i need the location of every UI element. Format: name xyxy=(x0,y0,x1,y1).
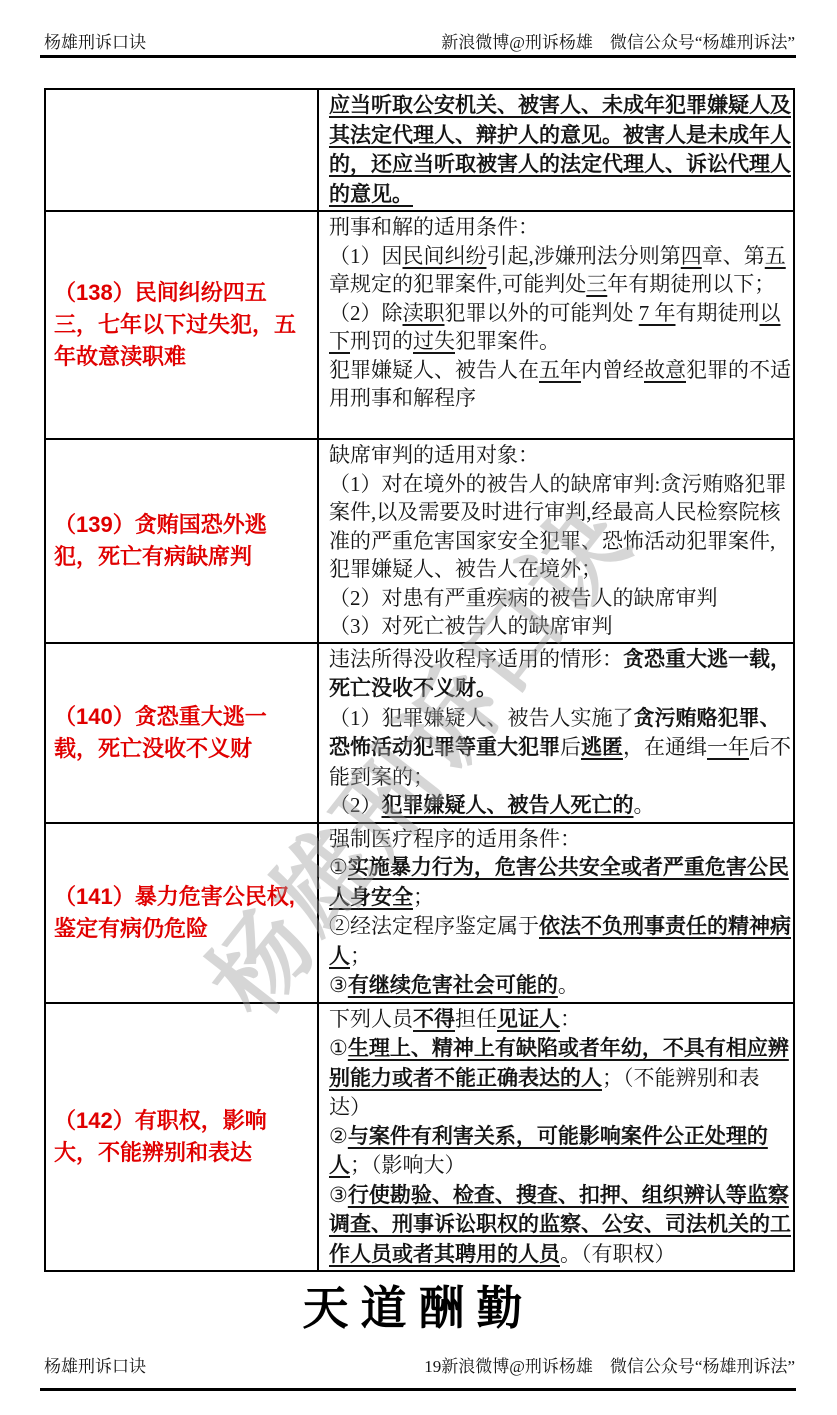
rule-detail-cell: 应当听取公安机关、被害人、未成年犯罪嫌疑人及其法定代理人、辩护人的意见。被害人是… xyxy=(318,89,794,211)
rule-detail-cell: 刑事和解的适用条件： （1）因民间纠纷引起,涉嫌刑法分则第四章、第五章规定的犯罪… xyxy=(318,211,794,439)
table-row: （142）有职权，影响大，不能辨别和表达 下列人员不得担任见证人： ①生理上、精… xyxy=(45,1003,794,1272)
page-number: 19 xyxy=(424,1357,441,1376)
mnemonic-label-cell: （138）民间纠纷四五三，七年以下过失犯，五年故意渎职难 xyxy=(45,211,318,439)
header-rule xyxy=(40,55,796,58)
table-row: （140）贪恐重大逃一载，死亡没收不义财 违法所得没收程序适用的情形：贪恐重大逃… xyxy=(45,643,794,823)
rule-detail-cell: 下列人员不得担任见证人： ①生理上、精神上有缺陷或者年幼，不具有相应辨别能力或者… xyxy=(318,1003,794,1272)
header-left-title: 杨雄刑诉口诀 xyxy=(44,28,146,53)
rule-detail-cell: 违法所得没收程序适用的情形：贪恐重大逃一载，死亡没收不义财。 （1）犯罪嫌疑人、… xyxy=(318,643,794,823)
mnemonic-label-cell: （142）有职权，影响大，不能辨别和表达 xyxy=(45,1003,318,1272)
footer-right-group: 19新浪微博@刑诉杨雄 微信公众号“杨雄刑诉法” xyxy=(424,1352,795,1377)
page-header: 杨雄刑诉口诀 新浪微博@刑诉杨雄 微信公众号“杨雄刑诉法” xyxy=(44,28,795,53)
header-right-info: 新浪微博@刑诉杨雄 微信公众号“杨雄刑诉法” xyxy=(441,28,795,53)
document-page: 杨雄刑诉口诀 新浪微博@刑诉杨雄 微信公众号“杨雄刑诉法” 杨雄刑诉口诀 应当听… xyxy=(0,0,837,1415)
footer-rule xyxy=(40,1388,796,1391)
rule-detail-cell: 强制医疗程序的适用条件： ①实施暴力行为，危害公共安全或者严重危害公民人身安全；… xyxy=(318,823,794,1003)
table-row: （141）暴力危害公民权,鉴定有病仍危险 强制医疗程序的适用条件： ①实施暴力行… xyxy=(45,823,794,1003)
table-row: 应当听取公安机关、被害人、未成年犯罪嫌疑人及其法定代理人、辩护人的意见。被害人是… xyxy=(45,89,794,211)
closing-motto: 天道酬勤 xyxy=(0,1272,837,1338)
mnemonic-label-cell xyxy=(45,89,318,211)
table-row: （139）贪贿国恐外逃犯，死亡有病缺席判 缺席审判的适用对象： （1）对在境外的… xyxy=(45,439,794,643)
page-footer: 杨雄刑诉口诀 19新浪微博@刑诉杨雄 微信公众号“杨雄刑诉法” xyxy=(44,1352,795,1377)
table-row: （138）民间纠纷四五三，七年以下过失犯，五年故意渎职难 刑事和解的适用条件： … xyxy=(45,211,794,439)
footer-left-title: 杨雄刑诉口诀 xyxy=(44,1352,146,1377)
mnemonic-label-cell: （140）贪恐重大逃一载，死亡没收不义财 xyxy=(45,643,318,823)
footer-right-info: 新浪微博@刑诉杨雄 微信公众号“杨雄刑诉法” xyxy=(441,1357,795,1376)
mnemonic-table: 应当听取公安机关、被害人、未成年犯罪嫌疑人及其法定代理人、辩护人的意见。被害人是… xyxy=(44,88,795,1272)
mnemonic-label-cell: （139）贪贿国恐外逃犯，死亡有病缺席判 xyxy=(45,439,318,643)
mnemonic-label-cell: （141）暴力危害公民权,鉴定有病仍危险 xyxy=(45,823,318,1003)
rule-detail-cell: 缺席审判的适用对象： （1）对在境外的被告人的缺席审判:贪污贿赂犯罪案件,以及需… xyxy=(318,439,794,643)
